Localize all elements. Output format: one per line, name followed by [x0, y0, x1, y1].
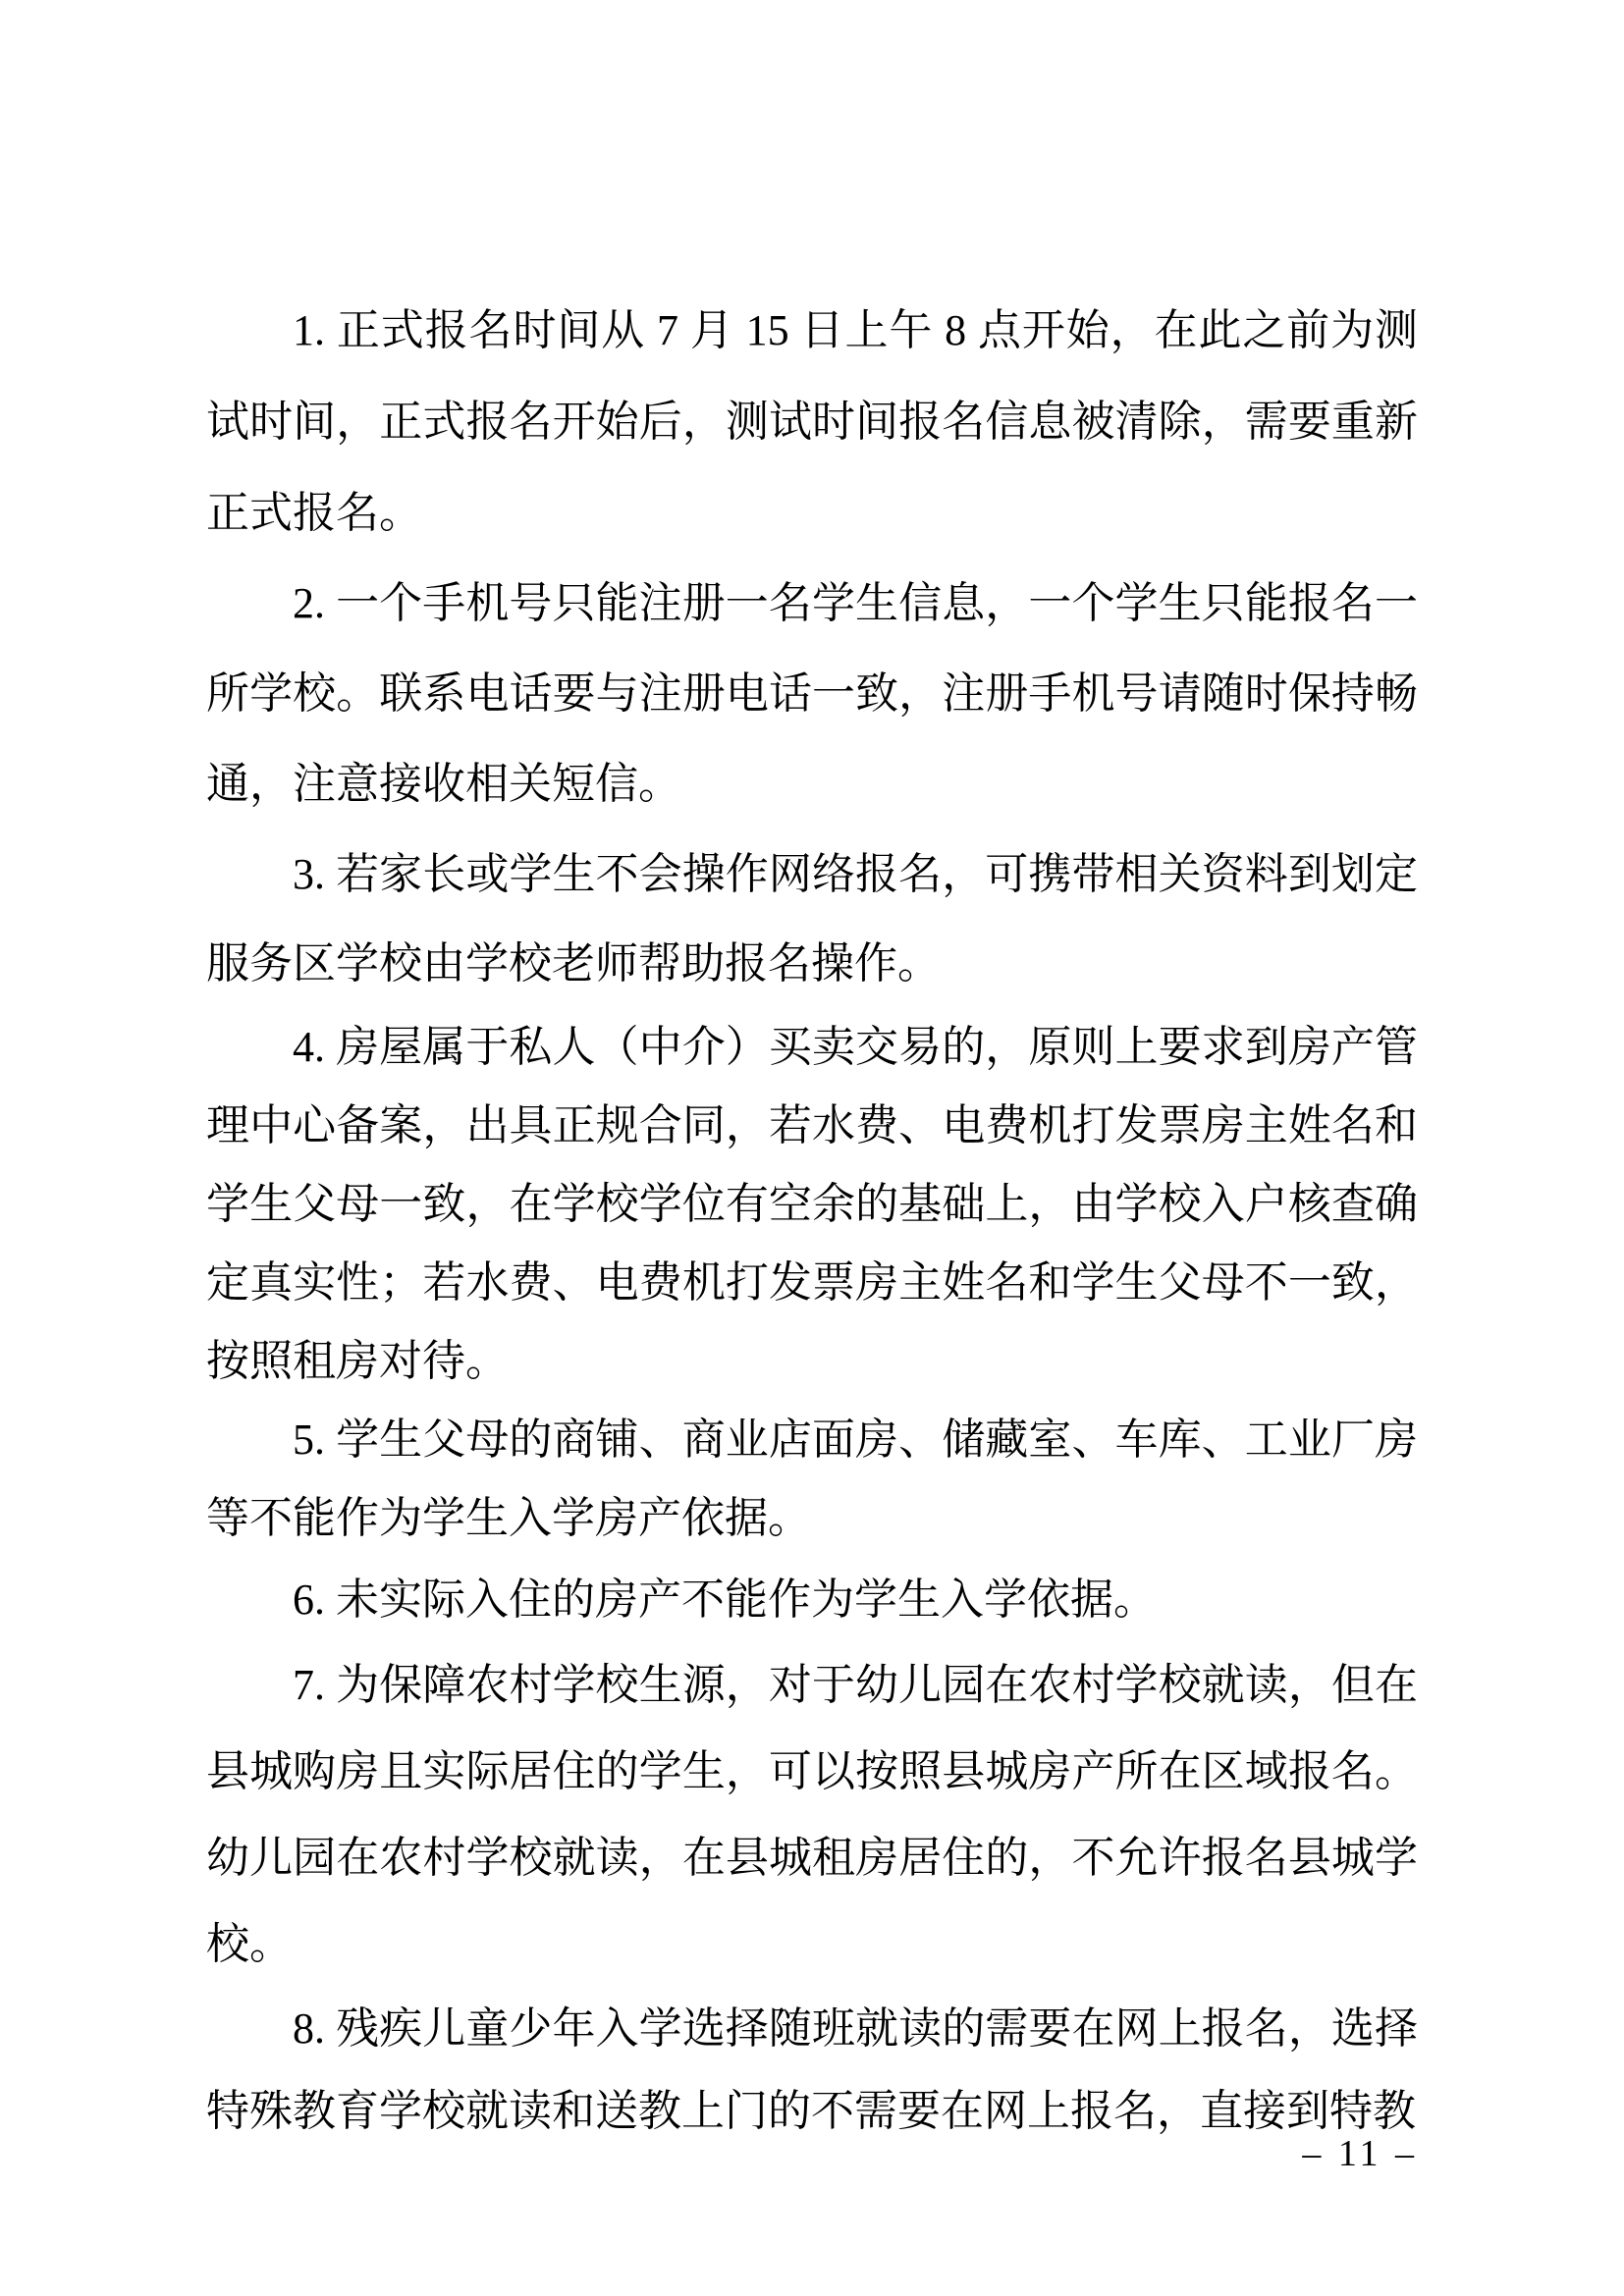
paragraph-8: 8. 残疾儿童少年入学选择随班就读的需要在网上报名，选择特殊教育学校就读和送教上…	[206, 1988, 1418, 2153]
page-number: – 11 –	[1302, 2132, 1418, 2175]
paragraph-7: 7. 为保障农村学校生源，对于幼儿园在农村学校就读，但在县城购房且实际居住的学生…	[206, 1642, 1418, 1988]
paragraph-5: 5. 学生父母的商铺、商业店面房、储藏室、车库、工业厂房等不能作为学生入学房产依…	[206, 1401, 1418, 1558]
paragraph-2: 2. 一个手机号只能注册一名学生信息，一个学生只能报名一所学校。联系电话要与注册…	[206, 559, 1418, 829]
paragraph-6: 6. 未实际入住的房产不能作为学生入学依据。	[206, 1558, 1418, 1642]
paragraph-1: 1. 正式报名时间从 7 月 15 日上午 8 点开始，在此之前为测试时间，正式…	[206, 285, 1418, 559]
document-body: 1. 正式报名时间从 7 月 15 日上午 8 点开始，在此之前为测试时间，正式…	[206, 285, 1418, 2153]
document-page: 1. 正式报名时间从 7 月 15 日上午 8 点开始，在此之前为测试时间，正式…	[0, 0, 1624, 2296]
paragraph-4: 4. 房屋属于私人（中介）买卖交易的，原则上要求到房产管理中心备案，出具正规合同…	[206, 1008, 1418, 1401]
paragraph-3: 3. 若家长或学生不会操作网络报名，可携带相关资料到划定服务区学校由学校老师帮助…	[206, 829, 1418, 1008]
